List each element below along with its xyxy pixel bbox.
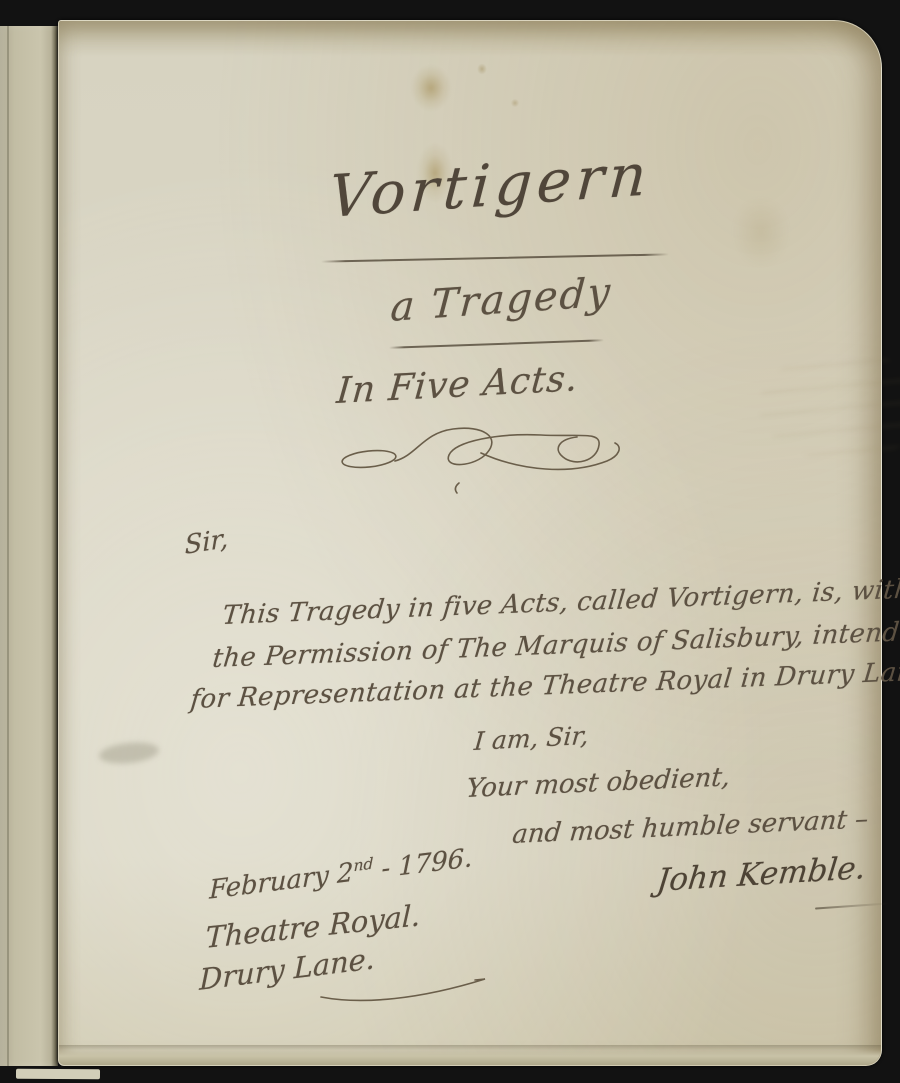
flourish-swirl-icon bbox=[331, 419, 631, 497]
date-rest: - 1796. bbox=[373, 843, 473, 885]
photograph-background: Vortigern a Tragedy In Five Acts. Sir, T… bbox=[0, 0, 900, 1083]
acts-line: In Five Acts. bbox=[335, 358, 580, 412]
signature-underline bbox=[815, 902, 889, 909]
letter-closing-i-am: I am, Sir, bbox=[473, 721, 590, 756]
subtitle-underline bbox=[389, 339, 604, 349]
letter-closing-humble: and most humble servant – bbox=[511, 804, 870, 850]
ink-stain bbox=[475, 61, 489, 77]
underline-flourish-icon bbox=[317, 971, 497, 1007]
margin-smudge bbox=[98, 740, 160, 766]
ink-stain bbox=[411, 65, 451, 111]
place-line-theatre-royal: Theatre Royal. bbox=[205, 898, 421, 955]
bleed-through-text bbox=[759, 351, 900, 461]
date-line: February 2nd - 1796. bbox=[209, 842, 473, 905]
manuscript-page: Vortigern a Tragedy In Five Acts. Sir, T… bbox=[58, 20, 882, 1066]
embossed-watermark bbox=[721, 183, 801, 281]
letter-closing-obedient: Your most obedient, bbox=[465, 762, 732, 804]
signature-john-kemble: John Kemble. bbox=[655, 850, 868, 899]
page-bottom-fore-edge bbox=[59, 1045, 881, 1065]
book-binding-page-edges bbox=[0, 26, 58, 1066]
page-title: Vortigern bbox=[327, 140, 654, 231]
date-main: February 2 bbox=[209, 858, 354, 906]
page-subtitle: a Tragedy bbox=[389, 269, 613, 331]
date-superscript: nd bbox=[353, 855, 373, 876]
letter-salutation: Sir, bbox=[184, 524, 228, 561]
title-underline bbox=[321, 253, 669, 262]
ink-stain bbox=[509, 97, 521, 109]
lower-page-fragment bbox=[16, 1069, 100, 1080]
